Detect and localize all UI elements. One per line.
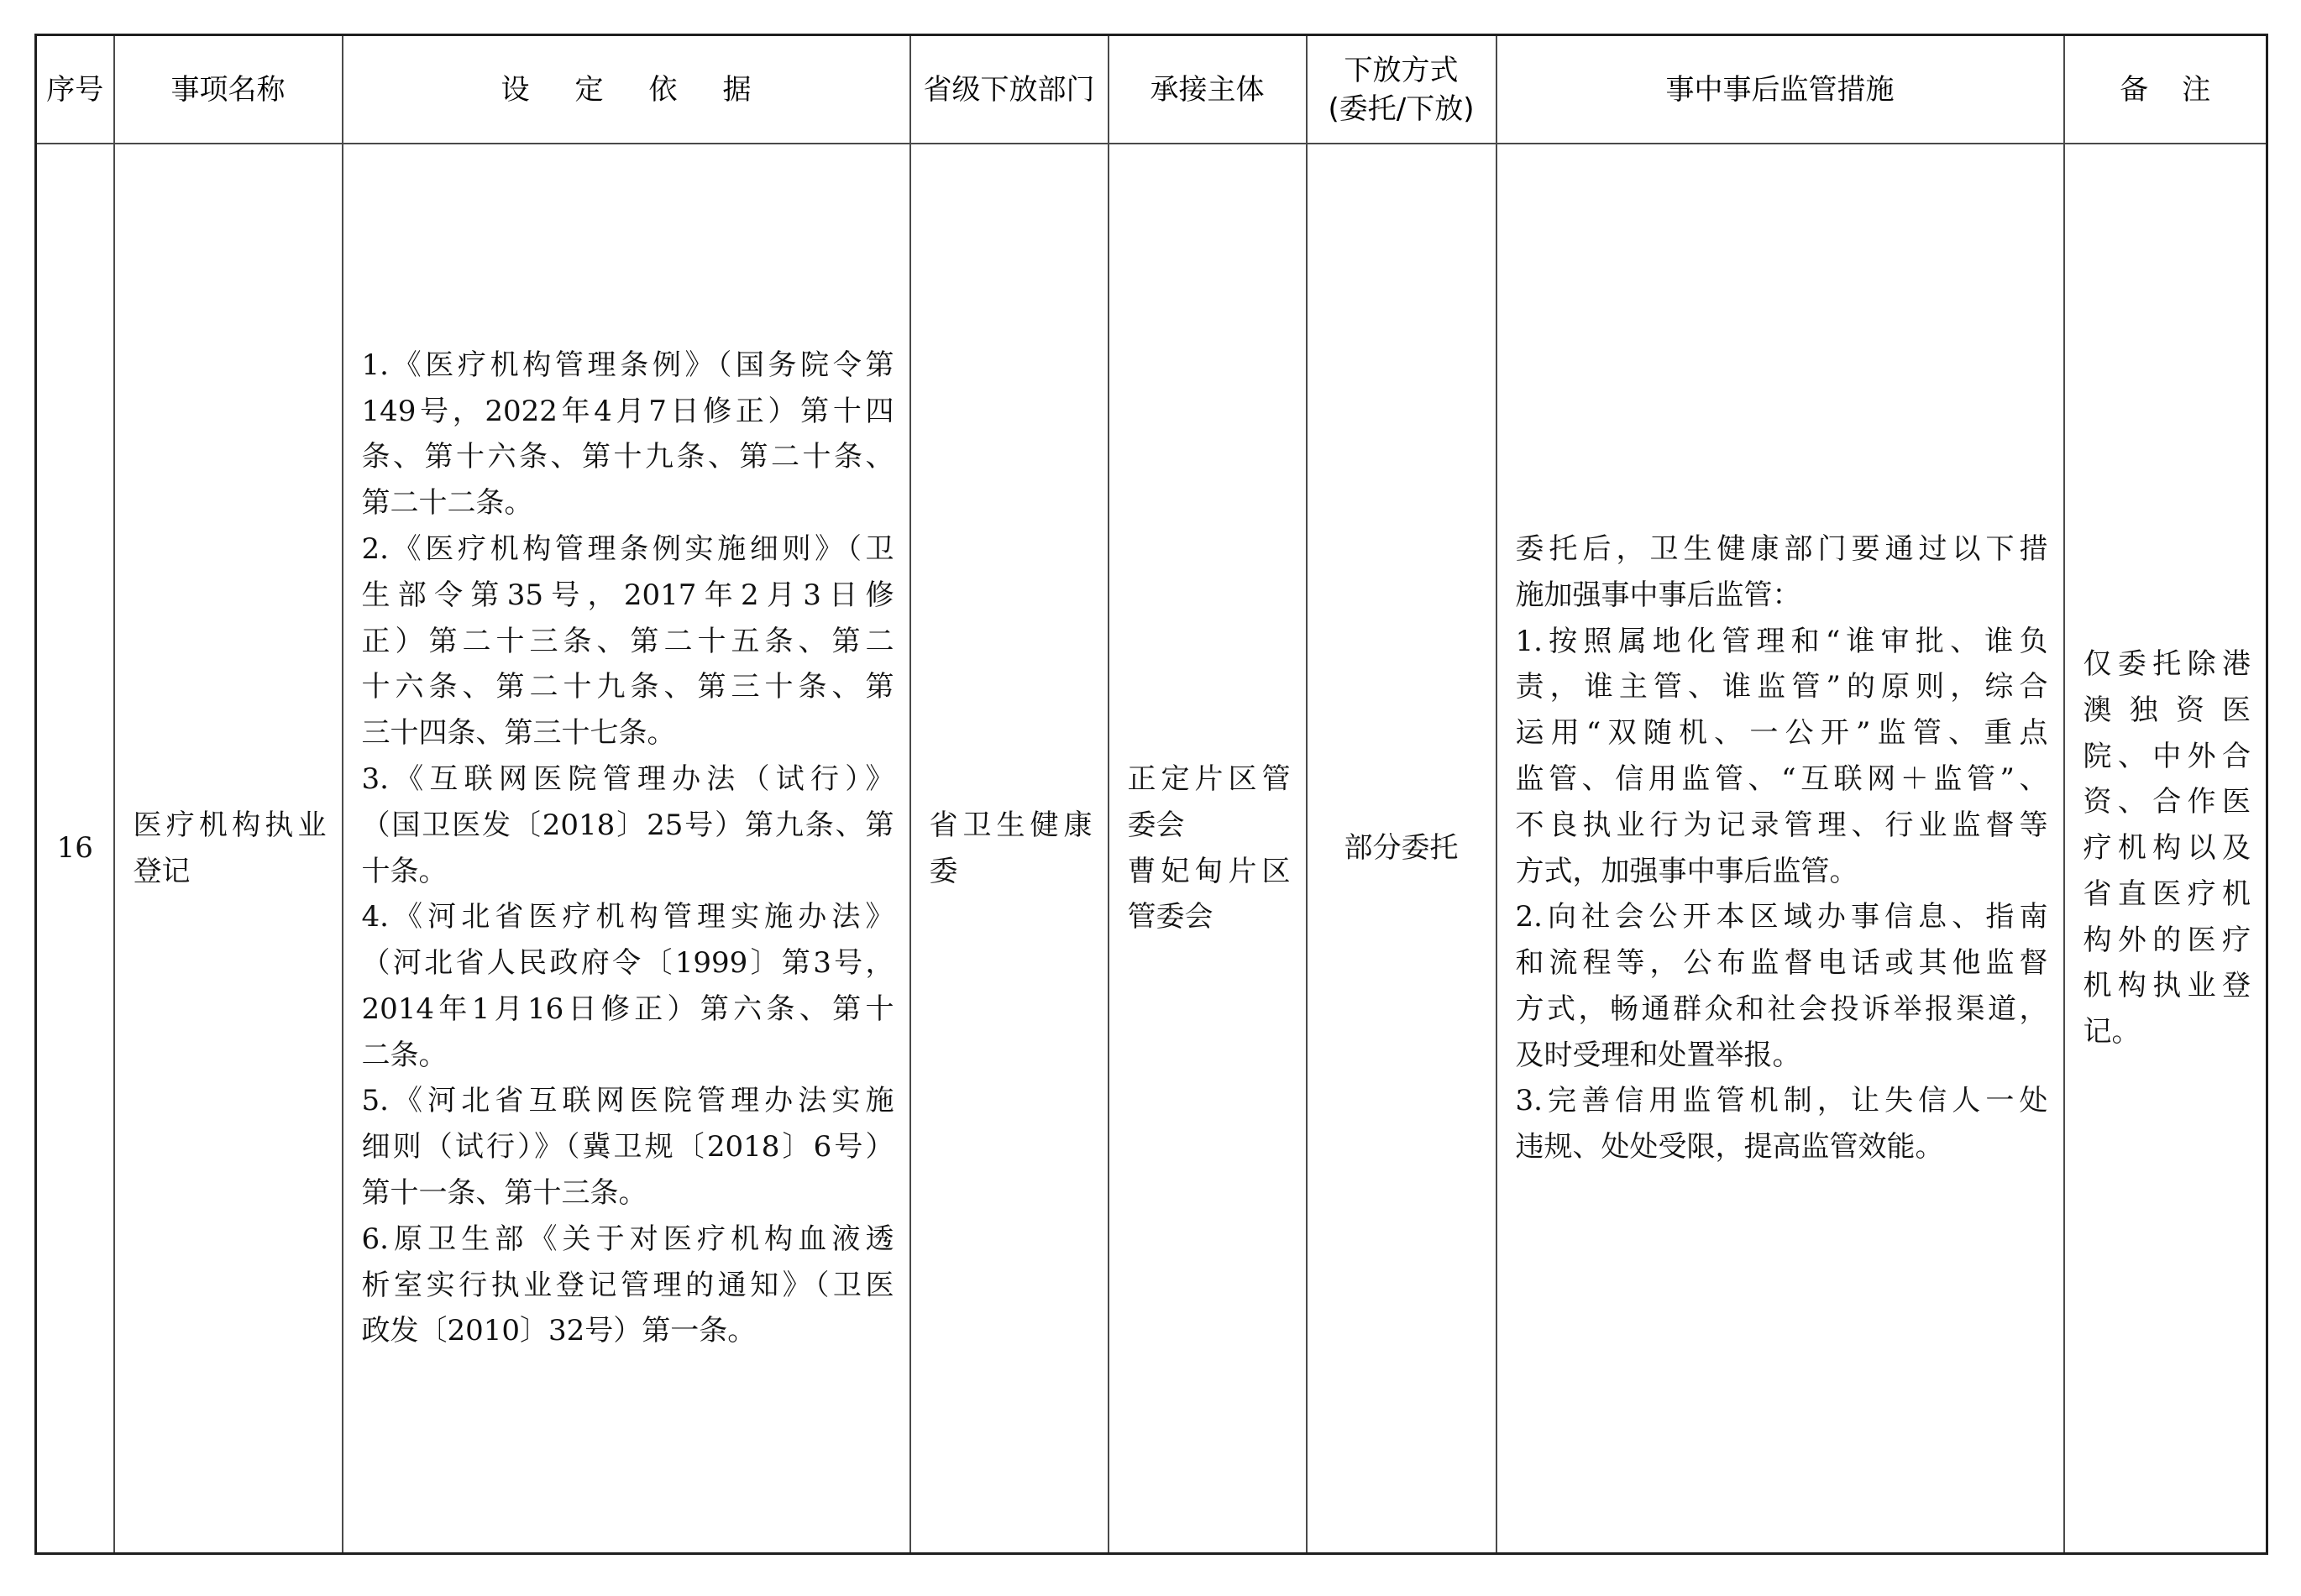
item-name-line: 登记 [134,849,327,895]
basis-line: 三十四条、第三十七条。 [362,710,894,756]
remarks-line: 记。 [2083,1009,2251,1055]
basis-line: 149号，2022年4月7日修正）第十四 [362,389,894,435]
basis-line: 政发〔2010〕32号）第一条。 [362,1308,894,1354]
basis-line: 正）第二十三条、第二十五条、第二 [362,619,894,665]
measures-line: 2.向社会公开本区域办事信息、指南 [1516,894,2048,940]
table-header-row: 序号 事项名称 设定依据 省级下放部门 承接主体 下放方式 (委托/下放) 事中… [36,35,2267,144]
cell-seq: 16 [36,144,114,1554]
header-provincial-dept: 省级下放部门 [910,35,1109,144]
measures-line: 和流程等，公布监督电话或其他监督 [1516,940,2048,986]
basis-line: 2.《医疗机构管理条例实施细则》（卫 [362,526,894,573]
remarks-line: 疗机构以及 [2083,825,2251,871]
remarks-line: 资、合作医 [2083,779,2251,825]
basis-line: 2014年1月16日修正）第六条、第十 [362,986,894,1033]
basis-line: 第二十二条。 [362,480,894,526]
basis-line: 1.《医疗机构管理条例》（国务院令第 [362,343,894,389]
header-legal-basis: 设定依据 [343,35,910,144]
header-delegation-mode: 下放方式 (委托/下放) [1307,35,1496,144]
cell-remarks: 仅委托除港 澳独资医 院、中外合 资、合作医 疗机构以及 省直医疗机 构外的医疗… [2064,144,2267,1554]
measures-line: 方式，加强事中事后监管。 [1516,849,2048,895]
basis-line: 3.《互联网医院管理办法（试行）》 [362,756,894,803]
measures-line: 3.完善信用监管机制，让失信人一处 [1516,1078,2048,1124]
remarks-line: 机构执业登 [2083,963,2251,1009]
table-row: 16 医疗机构执业 登记 1.《医疗机构管理条例》（国务院令第 149号，202… [36,144,2267,1554]
measures-line: 运用“双随机、一公开”监管、重点 [1516,710,2048,756]
basis-line: 4.《河北省医疗机构管理实施办法》 [362,894,894,940]
remarks-line: 院、中外合 [2083,734,2251,780]
basis-line: 第十一条、第十三条。 [362,1170,894,1217]
basis-line: 十条。 [362,849,894,895]
header-delegation-mode-line1: 下放方式 [1308,51,1496,90]
remarks-line: 澳独资医 [2083,688,2251,734]
dept-line: 省卫生健康 [930,803,1093,849]
measures-line: 方式，畅通群众和社会投诉举报渠道， [1516,986,2048,1033]
basis-line: 细则（试行）》（冀卫规〔2018〕6号） [362,1124,894,1170]
header-supervision-measures: 事中事后监管措施 [1496,35,2064,144]
measures-line: 不良执业行为记录管理、行业监督等 [1516,803,2048,849]
measures-line: 1.按照属地化管理和“谁审批、谁负 [1516,619,2048,665]
measures-line: 违规、处处受限，提高监管效能。 [1516,1124,2048,1170]
cell-legal-basis: 1.《医疗机构管理条例》（国务院令第 149号，2022年4月7日修正）第十四 … [343,144,910,1554]
delegation-items-table: 序号 事项名称 设定依据 省级下放部门 承接主体 下放方式 (委托/下放) 事中… [34,34,2268,1555]
measures-line: 监管、信用监管、“互联网＋监管”、 [1516,756,2048,803]
dept-line: 委 [930,849,1093,895]
remarks-line: 构外的医疗 [2083,918,2251,964]
basis-line: 生部令第35号，2017年2月3日修 [362,573,894,619]
cell-item-name: 医疗机构执业 登记 [114,144,343,1554]
recipient-line: 委会 [1128,803,1291,849]
item-name-line: 医疗机构执业 [134,803,327,849]
basis-line: 十六条、第二十九条、第三十条、第 [362,664,894,710]
header-recipient: 承接主体 [1109,35,1307,144]
recipient-line: 正定片区管 [1128,756,1291,803]
basis-line: 5.《河北省互联网医院管理办法实施 [362,1078,894,1124]
header-item-name: 事项名称 [114,35,343,144]
recipient-line: 管委会 [1128,894,1291,940]
basis-line: 析室实行执业登记管理的通知》（卫医 [362,1263,894,1309]
header-seq: 序号 [36,35,114,144]
remarks-line: 仅委托除港 [2083,641,2251,688]
cell-provincial-dept: 省卫生健康 委 [910,144,1109,1554]
measures-line: 责，谁主管、谁监管”的原则，综合 [1516,664,2048,710]
measures-line: 及时受理和处置举报。 [1516,1033,2048,1079]
cell-recipient: 正定片区管 委会 曹妃甸片区 管委会 [1109,144,1307,1554]
header-remarks: 备注 [2064,35,2267,144]
cell-delegation-mode: 部分委托 [1307,144,1496,1554]
basis-line: 条、第十六条、第十九条、第二十条、 [362,434,894,480]
basis-line: （国卫医发〔2018〕25号）第九条、第 [362,803,894,849]
basis-line: 二条。 [362,1033,894,1079]
header-delegation-mode-line2: (委托/下放) [1308,90,1496,128]
cell-supervision-measures: 委托后，卫生健康部门要通过以下措 施加强事中事后监管： 1.按照属地化管理和“谁… [1496,144,2064,1554]
remarks-line: 省直医疗机 [2083,871,2251,918]
recipient-line: 曹妃甸片区 [1128,849,1291,895]
basis-line: （河北省人民政府令〔1999〕第3号， [362,940,894,986]
measures-line: 委托后，卫生健康部门要通过以下措 [1516,526,2048,573]
basis-line: 6.原卫生部《关于对医疗机构血液透 [362,1217,894,1263]
measures-line: 施加强事中事后监管： [1516,573,2048,619]
